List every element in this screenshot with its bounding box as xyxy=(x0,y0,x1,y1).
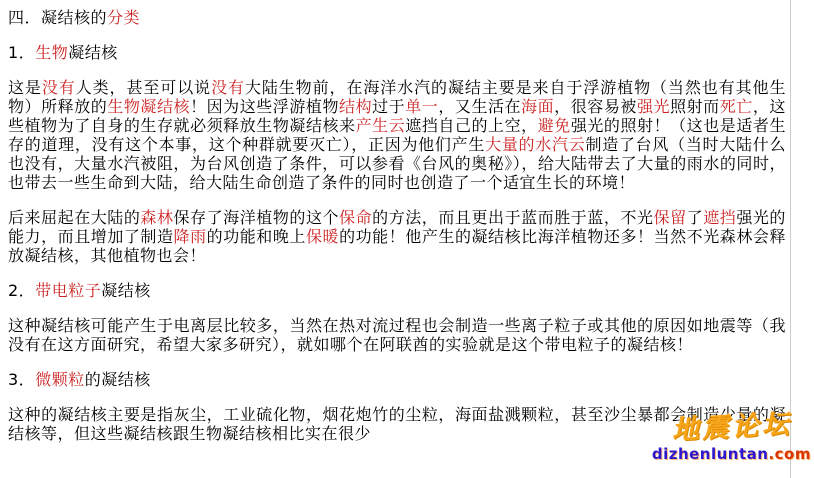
text-segment: 保存了海洋植物的这个 xyxy=(174,208,340,227)
highlighted-text-segment: 避免 xyxy=(538,116,571,135)
text-segment: 凝结核 xyxy=(101,281,151,300)
paragraph-2: 后来屈起在大陆的森林保存了海洋植物的这个保命的方法，而且更出于蓝而胜于蓝，不光保… xyxy=(8,208,786,265)
text-segment: 凝结核 xyxy=(68,43,118,62)
document-body: 四．凝结核的分类1．生物凝结核这是没有人类，甚至可以说没有大陆生物前，在海洋水汽… xyxy=(8,8,786,459)
highlighted-text-segment: 生物凝结核 xyxy=(107,97,190,116)
text-segment: 照射而 xyxy=(670,97,720,116)
text-segment: 人类，甚至可以说 xyxy=(76,78,211,97)
text-segment: 的方法，而且更出于蓝而胜于蓝，不光 xyxy=(372,208,653,227)
highlighted-text-segment: 保暖 xyxy=(306,227,339,246)
highlighted-text-segment: 分类 xyxy=(107,8,140,27)
right-border-line xyxy=(790,0,791,478)
highlighted-text-segment: 保留 xyxy=(654,208,687,227)
text-segment: 的功能和晚上 xyxy=(207,227,306,246)
highlighted-text-segment: 没有 xyxy=(42,78,76,97)
heading-1: 1．生物凝结核 xyxy=(8,43,786,62)
highlighted-text-segment: 单一 xyxy=(405,97,438,116)
highlighted-text-segment: 森林 xyxy=(140,208,173,227)
highlighted-text-segment: 死亡 xyxy=(720,97,753,116)
text-segment: 了 xyxy=(687,208,704,227)
text-segment: 遮挡自己的上空， xyxy=(405,116,537,135)
text-segment: 1． xyxy=(8,43,35,62)
text-segment: ！因为这些浮游植物 xyxy=(190,97,339,116)
text-segment: 过于 xyxy=(372,97,405,116)
highlighted-text-segment: 保命 xyxy=(339,208,372,227)
heading-2: 2．带电粒子凝结核 xyxy=(8,281,786,300)
text-segment: ，很容易被 xyxy=(554,97,637,116)
text-segment: 这是 xyxy=(8,78,42,97)
highlighted-text-segment: 强光 xyxy=(637,97,670,116)
highlighted-text-segment: 降雨 xyxy=(174,227,207,246)
text-segment: ，又生活在 xyxy=(438,97,521,116)
highlighted-text-segment: 海面 xyxy=(521,97,554,116)
text-segment: 2． xyxy=(8,281,35,300)
highlighted-text-segment: 生物 xyxy=(35,43,68,62)
paragraph-3: 这种凝结核可能产生于电离层比较多，当然在热对流过程也会制造一些离子粒子或其他的原… xyxy=(8,316,786,354)
highlighted-text-segment: 结构 xyxy=(339,97,372,116)
highlighted-text-segment: 微颗粒 xyxy=(35,370,85,389)
text-segment: 这种凝结核可能产生于电离层比较多，当然在热对流过程也会制造一些离子粒子或其他的原… xyxy=(8,316,786,354)
heading-3: 3．微颗粒的凝结核 xyxy=(8,370,786,389)
text-segment: 的凝结核 xyxy=(85,370,151,389)
highlighted-text-segment: 大量的水汽云 xyxy=(485,135,585,154)
highlighted-text-segment: 产生云 xyxy=(356,116,406,135)
paragraph-1: 这是没有人类，甚至可以说没有大陆生物前，在海洋水汽的凝结主要是来自于浮游植物（当… xyxy=(8,78,786,192)
title: 四．凝结核的分类 xyxy=(8,8,786,27)
paragraph-4: 这种的凝结核主要是指灰尘，工业硫化物，烟花炮竹的尘粒，海面盐溅颗粒，甚至沙尘暴都… xyxy=(8,405,786,443)
text-segment: 后来屈起在大陆的 xyxy=(8,208,140,227)
highlighted-text-segment: 遮挡 xyxy=(703,208,736,227)
highlighted-text-segment: 带电粒子 xyxy=(35,281,101,300)
text-segment: 这种的凝结核主要是指灰尘，工业硫化物，烟花炮竹的尘粒，海面盐溅颗粒，甚至沙尘暴都… xyxy=(8,405,786,443)
highlighted-text-segment: 没有 xyxy=(211,78,245,97)
text-segment: 3． xyxy=(8,370,35,389)
text-segment: 四．凝结核的 xyxy=(8,8,107,27)
